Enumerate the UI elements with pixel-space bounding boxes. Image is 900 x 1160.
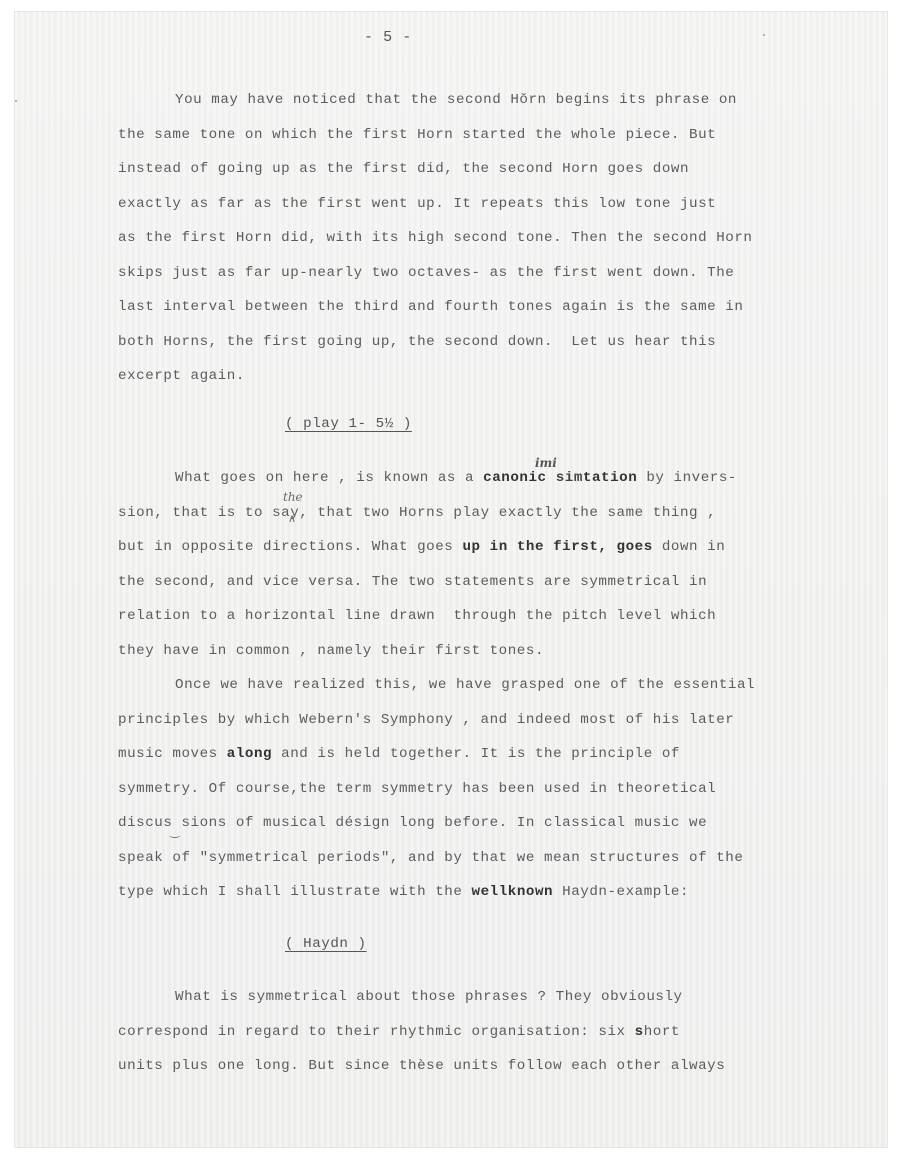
text-line: the same tone on which the first Horn st… [118, 128, 716, 142]
text-line: You may have noticed that the second Hŏr… [175, 93, 737, 107]
paper-speck [763, 34, 765, 36]
play-cue: ( play 1- 5½ ) [285, 417, 412, 431]
bold-text: wellknown [472, 884, 554, 900]
bold-text: canonic [483, 470, 546, 486]
text-line: both Horns, the first going up, the seco… [118, 335, 716, 349]
play-cue: ( Haydn ) [285, 937, 367, 951]
text-line: but in opposite directions. What goes up… [118, 540, 725, 554]
document-page: - 5 - You may have noticed that the seco… [15, 12, 887, 1147]
text-segment: correspond in regard to their rhythmic o… [118, 1024, 635, 1040]
paper-speck [15, 100, 17, 102]
bold-text: s [635, 1024, 644, 1040]
bold-text: tation [583, 470, 637, 486]
text-segment: hort [644, 1024, 680, 1040]
text-segment: two Horns play exactly the same thing , [354, 505, 717, 521]
text-segment: and is held together. It is the principl… [272, 746, 680, 762]
text-line: units plus one long. But since thèse uni… [118, 1059, 725, 1073]
text-segment: Haydn-example: [553, 884, 689, 900]
text-line: discus sions of musical désign long befo… [118, 816, 707, 830]
text-line: correspond in regard to their rhythmic o… [118, 1025, 680, 1039]
text-line: exactly as far as the first went up. It … [118, 197, 716, 211]
text-line: as the first Horn did, with its high sec… [118, 231, 752, 245]
text-line: speak of "symmetrical periods", and by t… [118, 851, 743, 865]
handwritten-insert: the [283, 490, 303, 504]
text-line: relation to a horizontal line drawn thro… [118, 609, 716, 623]
text-line: the second, and vice versa. The two stat… [118, 575, 707, 589]
handwritten-insert: imi [535, 456, 557, 470]
text-segment: by invers- [637, 470, 737, 486]
text-segment: What goes on here , is known as a [175, 470, 483, 486]
text-line: What is symmetrical about those phrases … [175, 990, 683, 1004]
text-line: skips just as far up-nearly two octaves-… [118, 266, 734, 280]
text-segment: down in [653, 539, 726, 555]
text-line: music moves along and is held together. … [118, 747, 680, 761]
bold-text: along [227, 746, 272, 762]
page-number: - 5 - [364, 30, 412, 45]
text-segment: sion, that is to say, that [118, 505, 354, 521]
struck-text: sim [556, 470, 583, 486]
text-line: they have in common , namely their first… [118, 644, 544, 658]
text-segment: but in opposite directions. What goes [118, 539, 462, 555]
text-segment: type which I shall illustrate with the [118, 884, 472, 900]
text-line: last interval between the third and four… [118, 300, 743, 314]
text-line: principles by which Webern's Symphony , … [118, 713, 734, 727]
close-up-mark-icon: ‿ [170, 824, 180, 838]
text-line: Once we have realized this, we have gras… [175, 678, 755, 692]
bold-text: up in the first, goes [462, 539, 652, 555]
text-line: instead of going up as the first did, th… [118, 162, 689, 176]
caret-mark-icon: ∧ [288, 512, 296, 525]
text-line: type which I shall illustrate with the w… [118, 885, 689, 899]
text-line: What goes on here , is known as a canoni… [175, 471, 737, 485]
text-line: excerpt again. [118, 369, 245, 383]
text-line: sion, that is to say, that two Horns pla… [118, 506, 716, 520]
text-segment: music moves [118, 746, 227, 762]
text-line: symmetry. Of course,the term symmetry ha… [118, 782, 716, 796]
